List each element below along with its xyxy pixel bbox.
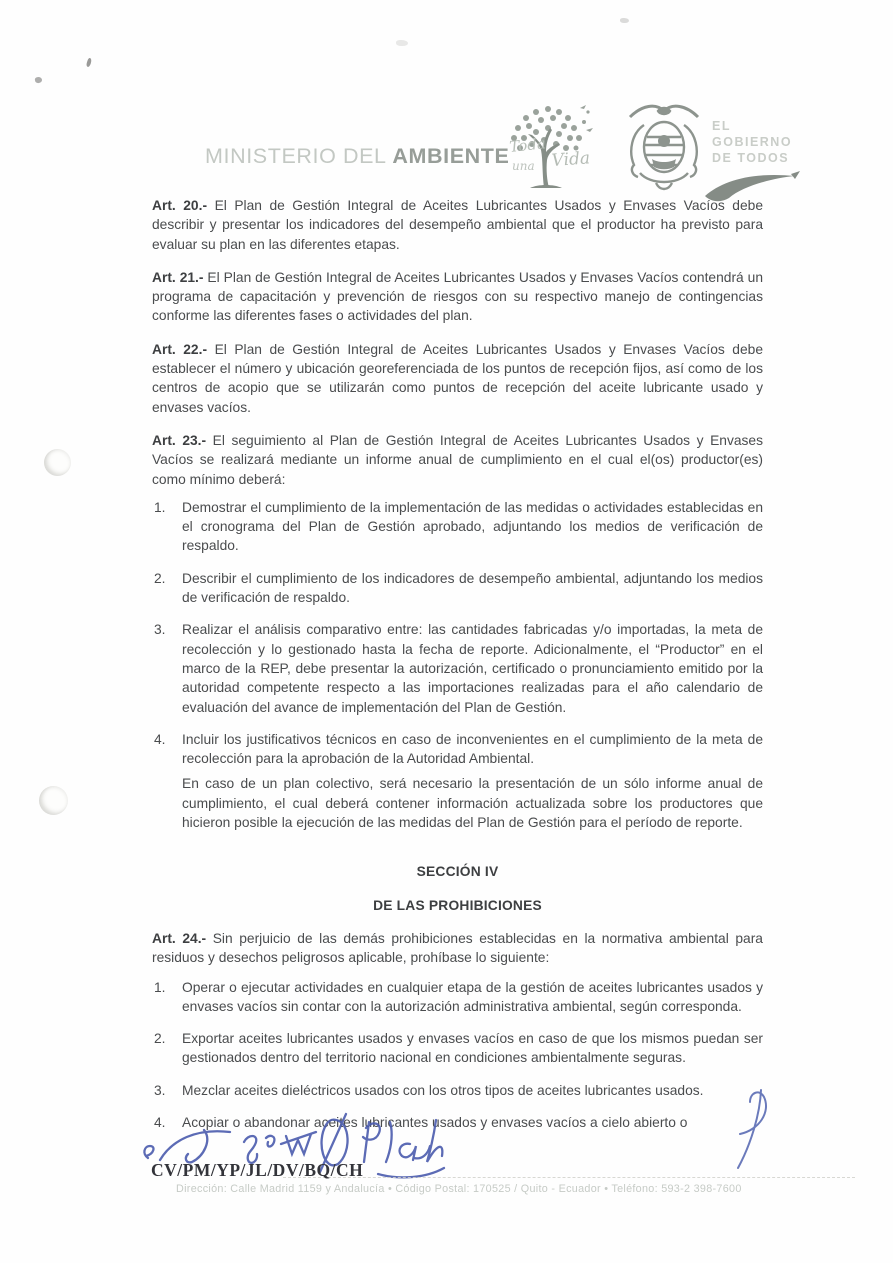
government-slogan: EL GOBIERNO DE TODOS — [712, 118, 792, 166]
article-23-list: 1.Demostrar el cumplimiento de la implem… — [152, 498, 763, 769]
list-item: 2.Exportar aceites lubricantes usados y … — [152, 1029, 763, 1068]
list-item: 1.Operar o ejecutar actividades en cualq… — [152, 978, 763, 1017]
list-item-text: Demostrar el cumplimiento de la implemen… — [182, 500, 763, 554]
list-item-text: Incluir los justificativos técnicos en c… — [182, 732, 763, 766]
list-item: 1.Demostrar el cumplimiento de la implem… — [152, 498, 763, 556]
article-24-label: Art. 24.- — [152, 931, 206, 946]
scan-speck — [34, 76, 42, 83]
list-item-number: 1. — [154, 498, 166, 517]
article-23: Art. 23.- El seguimiento al Plan de Gest… — [152, 431, 763, 489]
scanned-document-page: MINISTERIO DEL AMBIENTE Toda una Vida — [0, 0, 893, 1263]
list-item-text: Mezclar aceites dieléctricos usados con … — [182, 1083, 703, 1098]
list-item-number: 2. — [154, 1029, 166, 1048]
list-item: 4.Incluir los justificativos técnicos en… — [152, 730, 763, 769]
scan-speck — [396, 40, 408, 46]
article-20: Art. 20.- El Plan de Gestión Integral de… — [152, 196, 763, 254]
article-20-label: Art. 20.- — [152, 198, 207, 213]
article-23-text: El seguimiento al Plan de Gestión Integr… — [152, 433, 763, 487]
list-item: 2.Describir el cumplimiento de los indic… — [152, 569, 763, 608]
tree-caption-word1: Toda — [509, 134, 547, 156]
article-23-note: En caso de un plan colectivo, será neces… — [152, 774, 763, 832]
list-item-text: Realizar el análisis comparativo entre: … — [182, 622, 763, 714]
list-item-text: Describir el cumplimiento de los indicad… — [182, 571, 763, 605]
list-item-number: 3. — [154, 620, 166, 639]
article-24: Art. 24.- Sin perjuicio de las demás pro… — [152, 929, 763, 968]
punch-hole — [39, 786, 68, 815]
article-24-list: 1.Operar o ejecutar actividades en cualq… — [152, 978, 763, 1133]
section-title: SECCIÓN IV — [152, 862, 763, 881]
slogan-line-2: GOBIERNO — [712, 134, 792, 150]
scan-speck — [620, 18, 629, 23]
list-item-number: 3. — [154, 1081, 166, 1100]
list-item-number: 2. — [154, 569, 166, 588]
footer-initials: CV/PM/YP/JL/DV/BQ/CH — [151, 1160, 363, 1181]
scan-speck — [86, 58, 93, 68]
ministry-wordmark: MINISTERIO DEL AMBIENTE — [205, 144, 509, 169]
article-21-label: Art. 21.- — [152, 270, 203, 285]
ecuador-coat-of-arms — [620, 103, 708, 195]
list-item-text: Operar o ejecutar actividades en cualqui… — [182, 980, 763, 1014]
list-item-text: Exportar aceites lubricantes usados y en… — [182, 1031, 763, 1065]
tree-caption-word3: Vida — [551, 148, 591, 171]
list-item: 3.Mezclar aceites dieléctricos usados co… — [152, 1081, 763, 1100]
pen-mark — [733, 1086, 781, 1176]
article-21: Art. 21.- El Plan de Gestión Integral de… — [152, 268, 763, 326]
article-21-text: El Plan de Gestión Integral de Aceites L… — [152, 270, 763, 324]
ministry-wordmark-bold: AMBIENTE — [392, 144, 509, 168]
article-24-text: Sin perjuicio de las demás prohibiciones… — [152, 931, 763, 965]
article-20-text: El Plan de Gestión Integral de Aceites L… — [152, 198, 763, 252]
list-item: 3.Realizar el análisis comparativo entre… — [152, 620, 763, 716]
slogan-line-3: DE TODOS — [712, 150, 792, 166]
article-22-label: Art. 22.- — [152, 342, 207, 357]
section-subtitle: DE LAS PROHIBICIONES — [152, 896, 763, 915]
tree-caption-word2: una — [512, 159, 535, 173]
ministry-wordmark-light: MINISTERIO DEL — [205, 144, 386, 168]
article-23-label: Art. 23.- — [152, 433, 206, 448]
article-22: Art. 22.- El Plan de Gestión Integral de… — [152, 340, 763, 417]
list-item-number: 1. — [154, 978, 166, 997]
footer-divider — [283, 1177, 855, 1178]
list-item-number: 4. — [154, 730, 166, 749]
slogan-line-1: EL — [712, 118, 792, 134]
article-22-text: El Plan de Gestión Integral de Aceites L… — [152, 342, 763, 415]
footer-address: Dirección: Calle Madrid 1159 y Andalucía… — [176, 1183, 776, 1195]
document-body: Art. 20.- El Plan de Gestión Integral de… — [152, 196, 763, 1145]
tree-logo-toda-una-vida: Toda una Vida — [496, 100, 596, 192]
punch-hole — [44, 449, 71, 476]
